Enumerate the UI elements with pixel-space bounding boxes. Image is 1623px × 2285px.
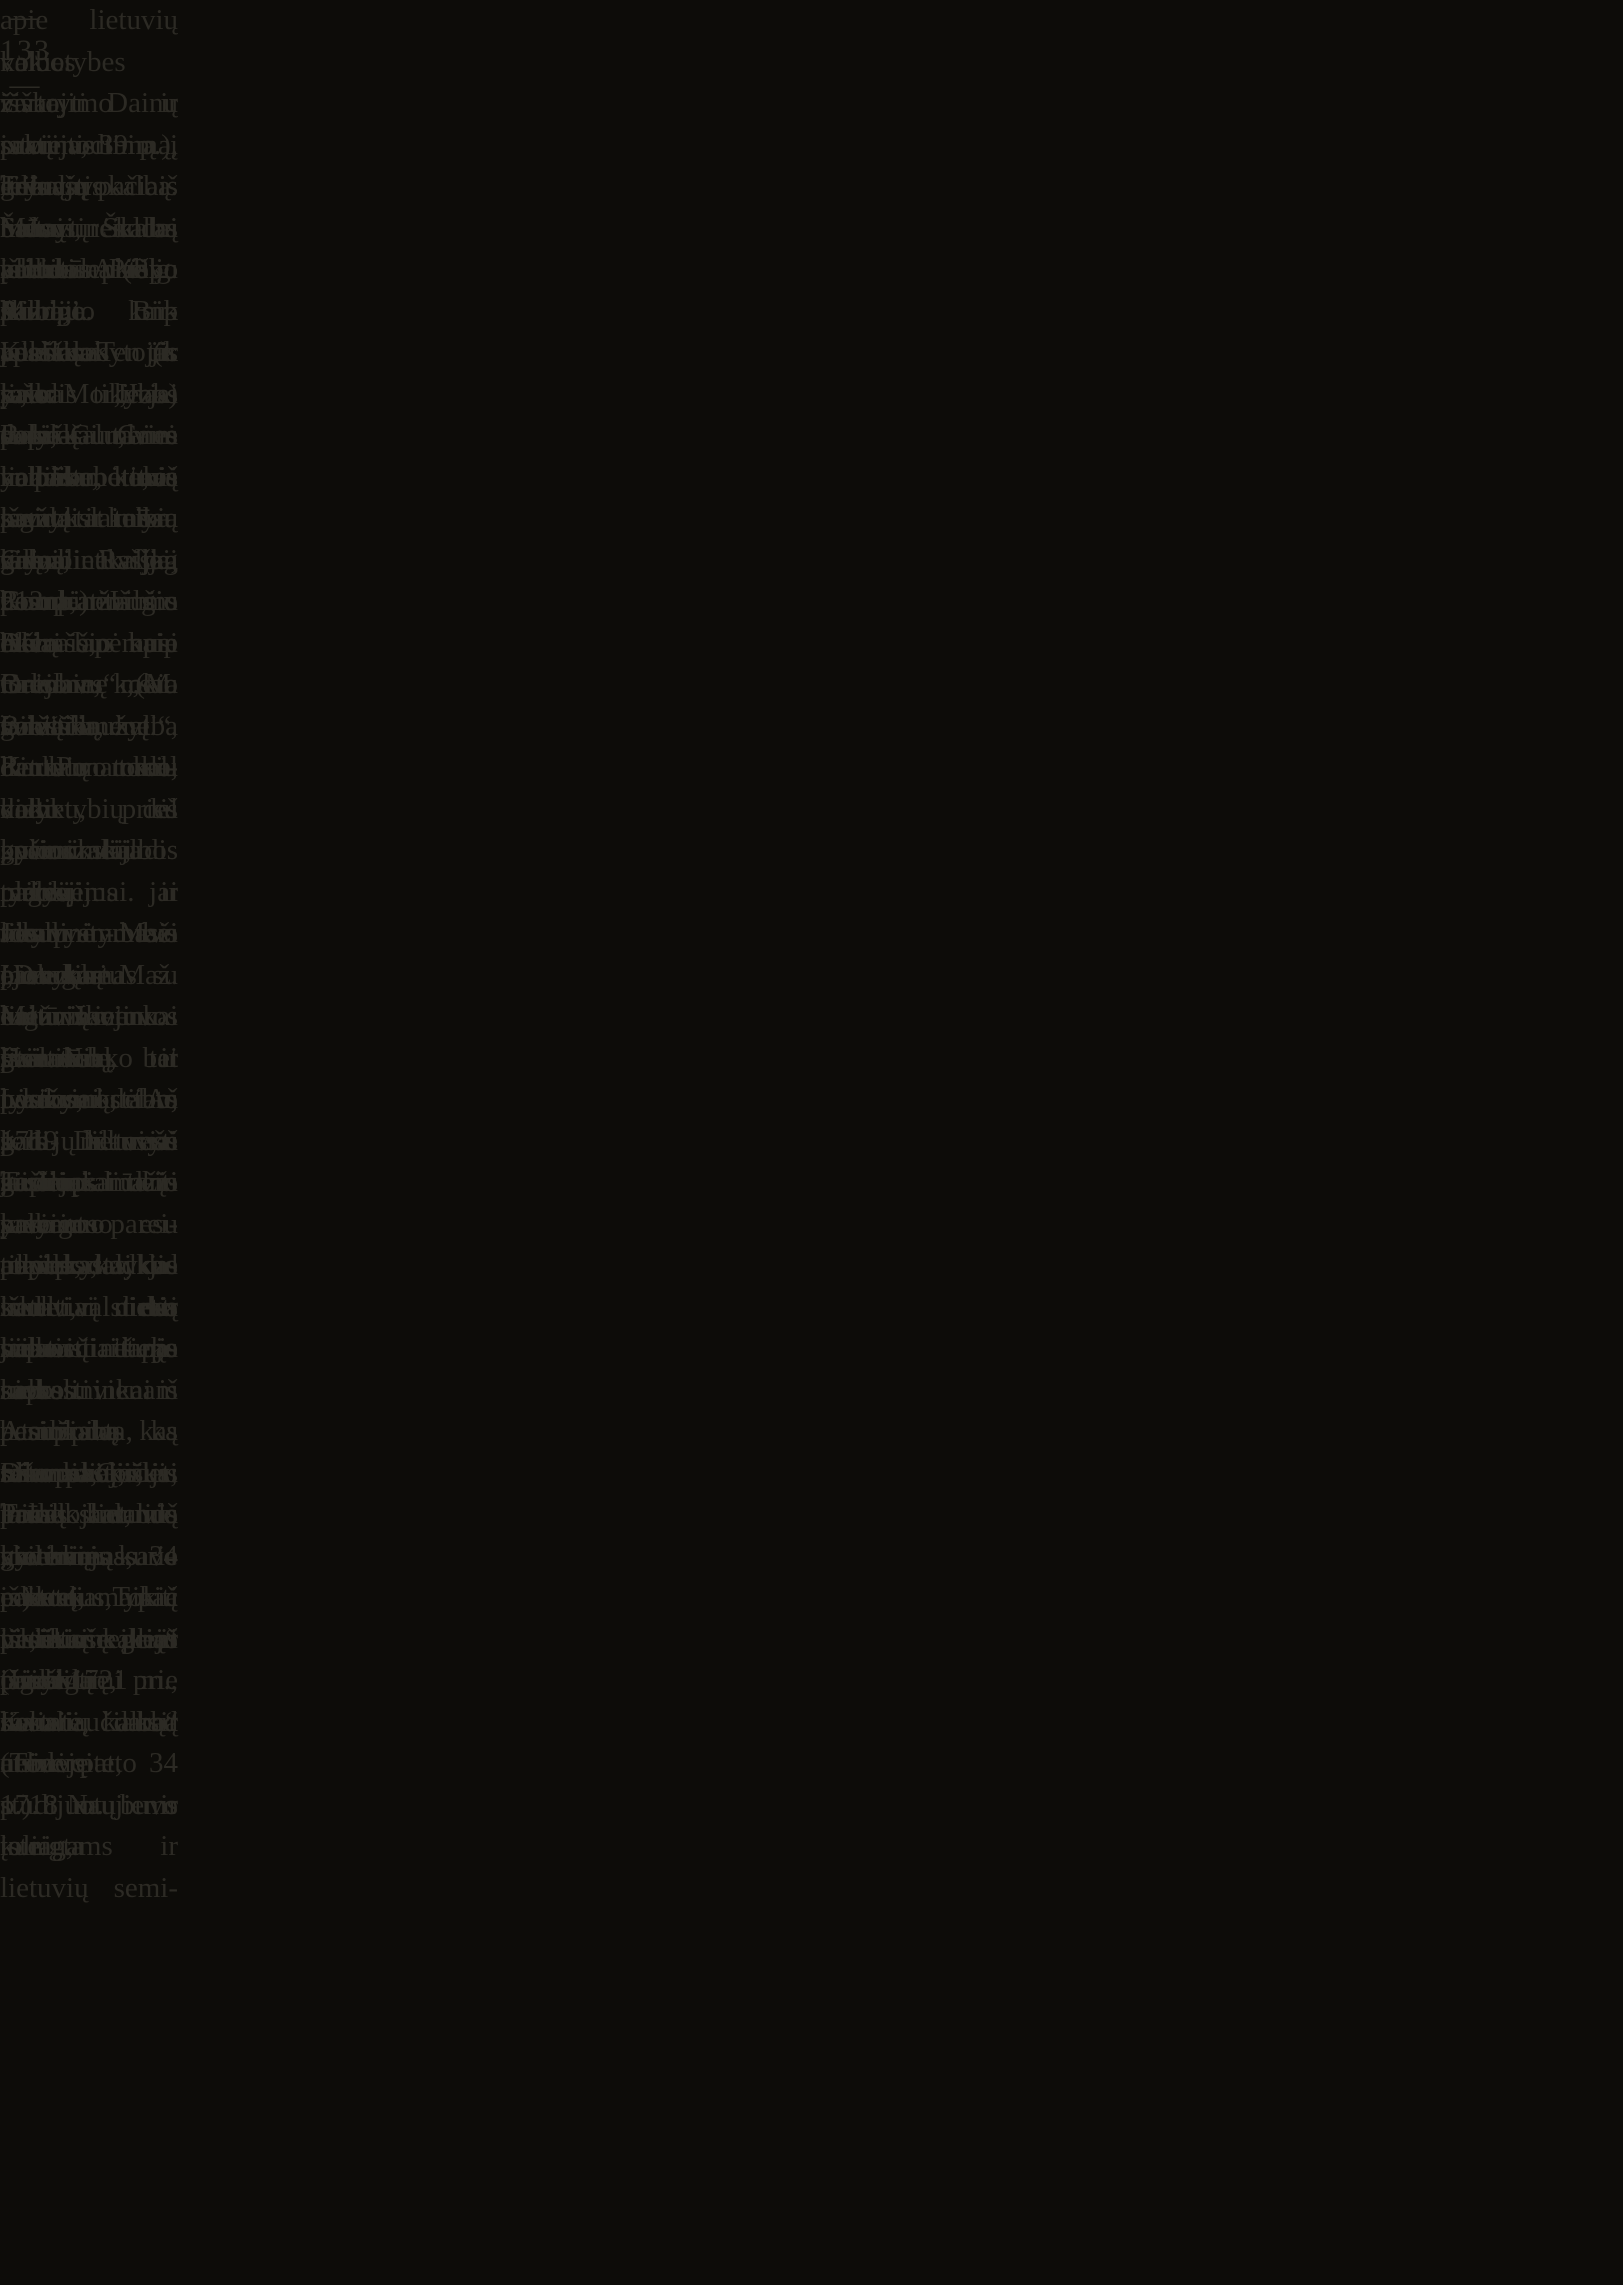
text-line: jei mokytojas kalba jai vokiškai. Gana y… [0, 332, 178, 374]
text-line: lykuose. Aš pats esu girdėjęs kalbant su… [0, 1079, 178, 1121]
text-line: laiko atlieka savo baudžiavą Dievui. Gir… [0, 1328, 178, 1370]
text-line: ar lenkišku škurliu. Klebonas (t. y., Mo… [0, 249, 178, 291]
book-scan: — 133 — apie lietuvių kalbos vartojimo s… [0, 0, 1623, 2285]
text-line: kad valstietis nieko neturįs suprasti iš… [0, 1287, 178, 1329]
text-line: Tačiau liūdno patyrimo esu pamokytas, ka… [0, 1162, 178, 1204]
text-line: kalba, kaip apaštalai ir pats Jėzus darė… [0, 291, 178, 333]
text-line: liaudis tikybos dalykų nemoka, nes pamok… [0, 374, 178, 416]
text-line: bos atžvilgiu buvo apėmusi to meto švies… [0, 581, 178, 623]
text-line: to tai Gumbinė kalbina tave sava kalba. … [0, 415, 178, 457]
text-line: šerti. Dėlto aš jaučiuos turįs pareigos … [0, 1121, 178, 1163]
text-line: žiška, Dainų istorija, 39 p.). Tais pači… [0, 83, 178, 125]
text-line: apie lietuvių kalbos vartojimo suvienodi… [0, 0, 178, 42]
text-line: ir darbu, kokią naudą teikia gryna kalba… [0, 457, 178, 499]
text-line: išgirta ir mūsų virs lietuviška Roma, At… [0, 498, 178, 540]
text-line: mokslininkai pasirūpina kas sekmadienis … [0, 1370, 178, 1412]
text-line: pačios kalbos tyrinėjimai. Jos vystymasi… [0, 830, 178, 872]
text-line: tiniai Raštai, 212 p.). Iš šio eilėrašči… [0, 540, 178, 582]
text-line: visiškai gerai išmoktų lietuvių kalbą“ (… [0, 1619, 178, 1661]
text-line: vokietybes išvaryti ir pratintis grynąją… [0, 42, 178, 84]
text-block: apie lietuvių kalbos vartojimo suvienodi… [0, 0, 178, 1702]
text-line: turėjo „sau galvą laužyti“, o dėl vokiet… [0, 664, 178, 706]
text-line: sakų vertimą į lietuvių kalbą. Mūsų reik… [0, 125, 178, 167]
text-line: parengti prie Karaliaučiaus universiteto… [0, 1660, 178, 1702]
text-line: marą apie Gumbinę vokiečių kalba dar buv… [0, 623, 178, 665]
text-line: Todėl karalius viename savo edikte, išle… [0, 1494, 178, 1536]
text-line: atrodo, kad jie ir neturį nieko suprasti… [0, 1245, 178, 1287]
text-line: nai menkai išsilavinę, ir pastoriai dėl … [0, 996, 178, 1038]
text-line: gas. Nieko tat nėra nuostabu, kad lietuv… [0, 1038, 178, 1080]
text-line: lius buvo pavedęs Maž. Lietuvos švietimo… [0, 913, 178, 955]
text-line: lis lai nebebūna tavo kalboje. Imk puošt… [0, 208, 178, 250]
